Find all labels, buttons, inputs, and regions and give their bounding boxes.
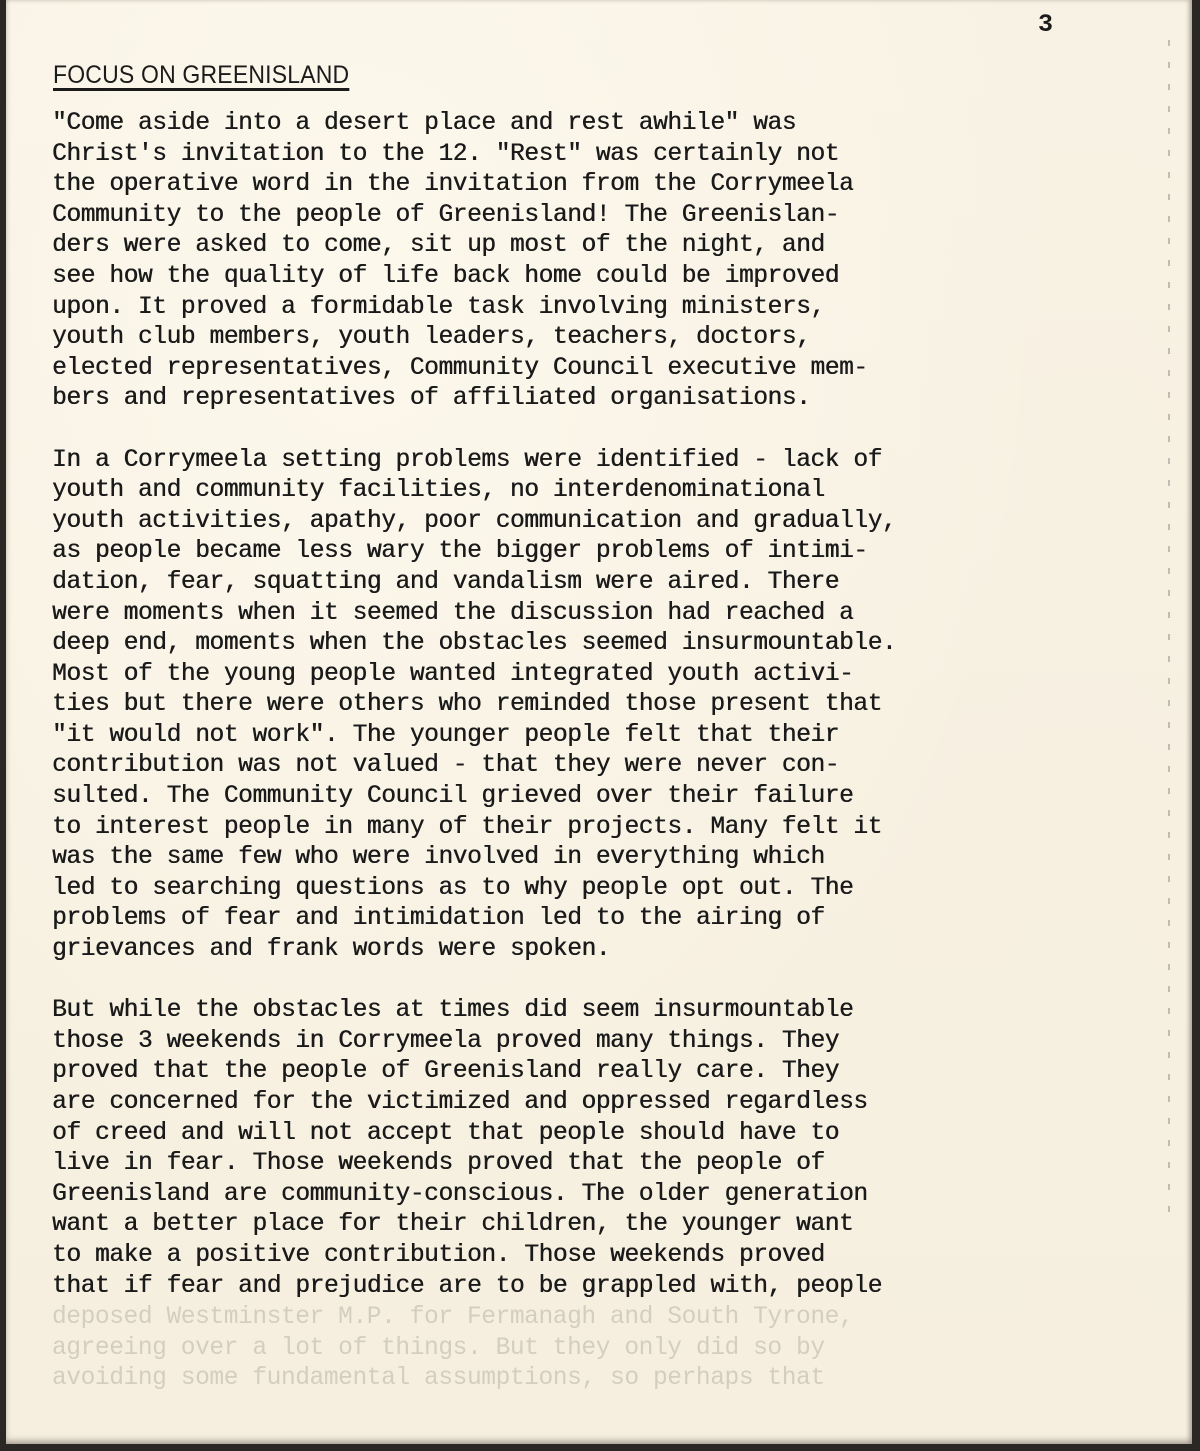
text-line: upon. It proved a formidable task involv… [52,293,1172,324]
paragraph-1: "Come aside into a desert place and rest… [52,109,1172,415]
text-line: are concerned for the victimized and opp… [52,1088,1172,1119]
text-line: youth and community facilities, no inter… [52,476,1172,507]
text-line: problems of fear and intimidation led to… [52,904,1172,935]
text-line: sulted. The Community Council grieved ov… [52,782,1172,813]
text-line: the operative word in the invitation fro… [52,170,1172,201]
text-line: deep end, moments when the obstacles see… [52,629,1172,660]
text-line: In a Corrymeela setting problems were id… [52,446,1172,477]
show-through-line: avoiding some fundamental assumptions, s… [52,1364,1172,1395]
text-line: live in fear. Those weekends proved that… [52,1149,1172,1180]
article-body: "Come aside into a desert place and rest… [52,109,1172,1302]
text-line: led to searching questions as to why peo… [52,874,1172,905]
text-line: bers and representatives of affiliated o… [52,384,1172,415]
text-line: proved that the people of Greenisland re… [52,1057,1172,1088]
article-heading: FOCUS ON GREENISLAND [53,61,349,90]
text-line: youth activities, apathy, poor communica… [52,507,1172,538]
text-line: Greenisland are community-conscious. The… [52,1180,1172,1211]
show-through-line: deposed Westminster M.P. for Fermanagh a… [52,1303,1172,1334]
show-through-line: agreeing over a lot of things. But they … [52,1334,1172,1365]
text-line: were moments when it seemed the discussi… [52,599,1172,630]
text-line: see how the quality of life back home co… [52,262,1172,293]
text-line: "Come aside into a desert place and rest… [52,109,1172,140]
text-line: to interest people in many of their proj… [52,813,1172,844]
scanned-page: 3 FOCUS ON GREENISLAND "Come aside into … [6,0,1192,1444]
text-line: But while the obstacles at times did see… [52,996,1172,1027]
paragraph-gap [52,966,1172,997]
text-line: "it would not work". The younger people … [52,721,1172,752]
text-line: Community to the people of Greenisland! … [52,201,1172,232]
show-through-text: deposed Westminster M.P. for Fermanagh a… [52,1303,1172,1395]
paragraph-3: But while the obstacles at times did see… [52,996,1172,1302]
text-line: dation, fear, squatting and vandalism we… [52,568,1172,599]
text-line: grievances and frank words were spoken. [52,935,1172,966]
text-line: contribution was not valued - that they … [52,751,1172,782]
text-line: of creed and will not accept that people… [52,1119,1172,1150]
text-line: ders were asked to come, sit up most of … [52,231,1172,262]
paragraph-2: In a Corrymeela setting problems were id… [52,446,1172,966]
page-number: 3 [1038,10,1053,39]
text-line: Most of the young people wanted integrat… [52,660,1172,691]
text-line: that if fear and prejudice are to be gra… [52,1272,1172,1303]
paragraph-gap [52,415,1172,446]
text-line: elected representatives, Community Counc… [52,354,1172,385]
text-line: as people became less wary the bigger pr… [52,537,1172,568]
text-line: youth club members, youth leaders, teach… [52,323,1172,354]
text-line: Christ's invitation to the 12. "Rest" wa… [52,140,1172,171]
text-line: ties but there were others who reminded … [52,690,1172,721]
text-line: was the same few who were involved in ev… [52,843,1172,874]
text-line: want a better place for their children, … [52,1210,1172,1241]
text-line: those 3 weekends in Corrymeela proved ma… [52,1027,1172,1058]
text-line: to make a positive contribution. Those w… [52,1241,1172,1272]
